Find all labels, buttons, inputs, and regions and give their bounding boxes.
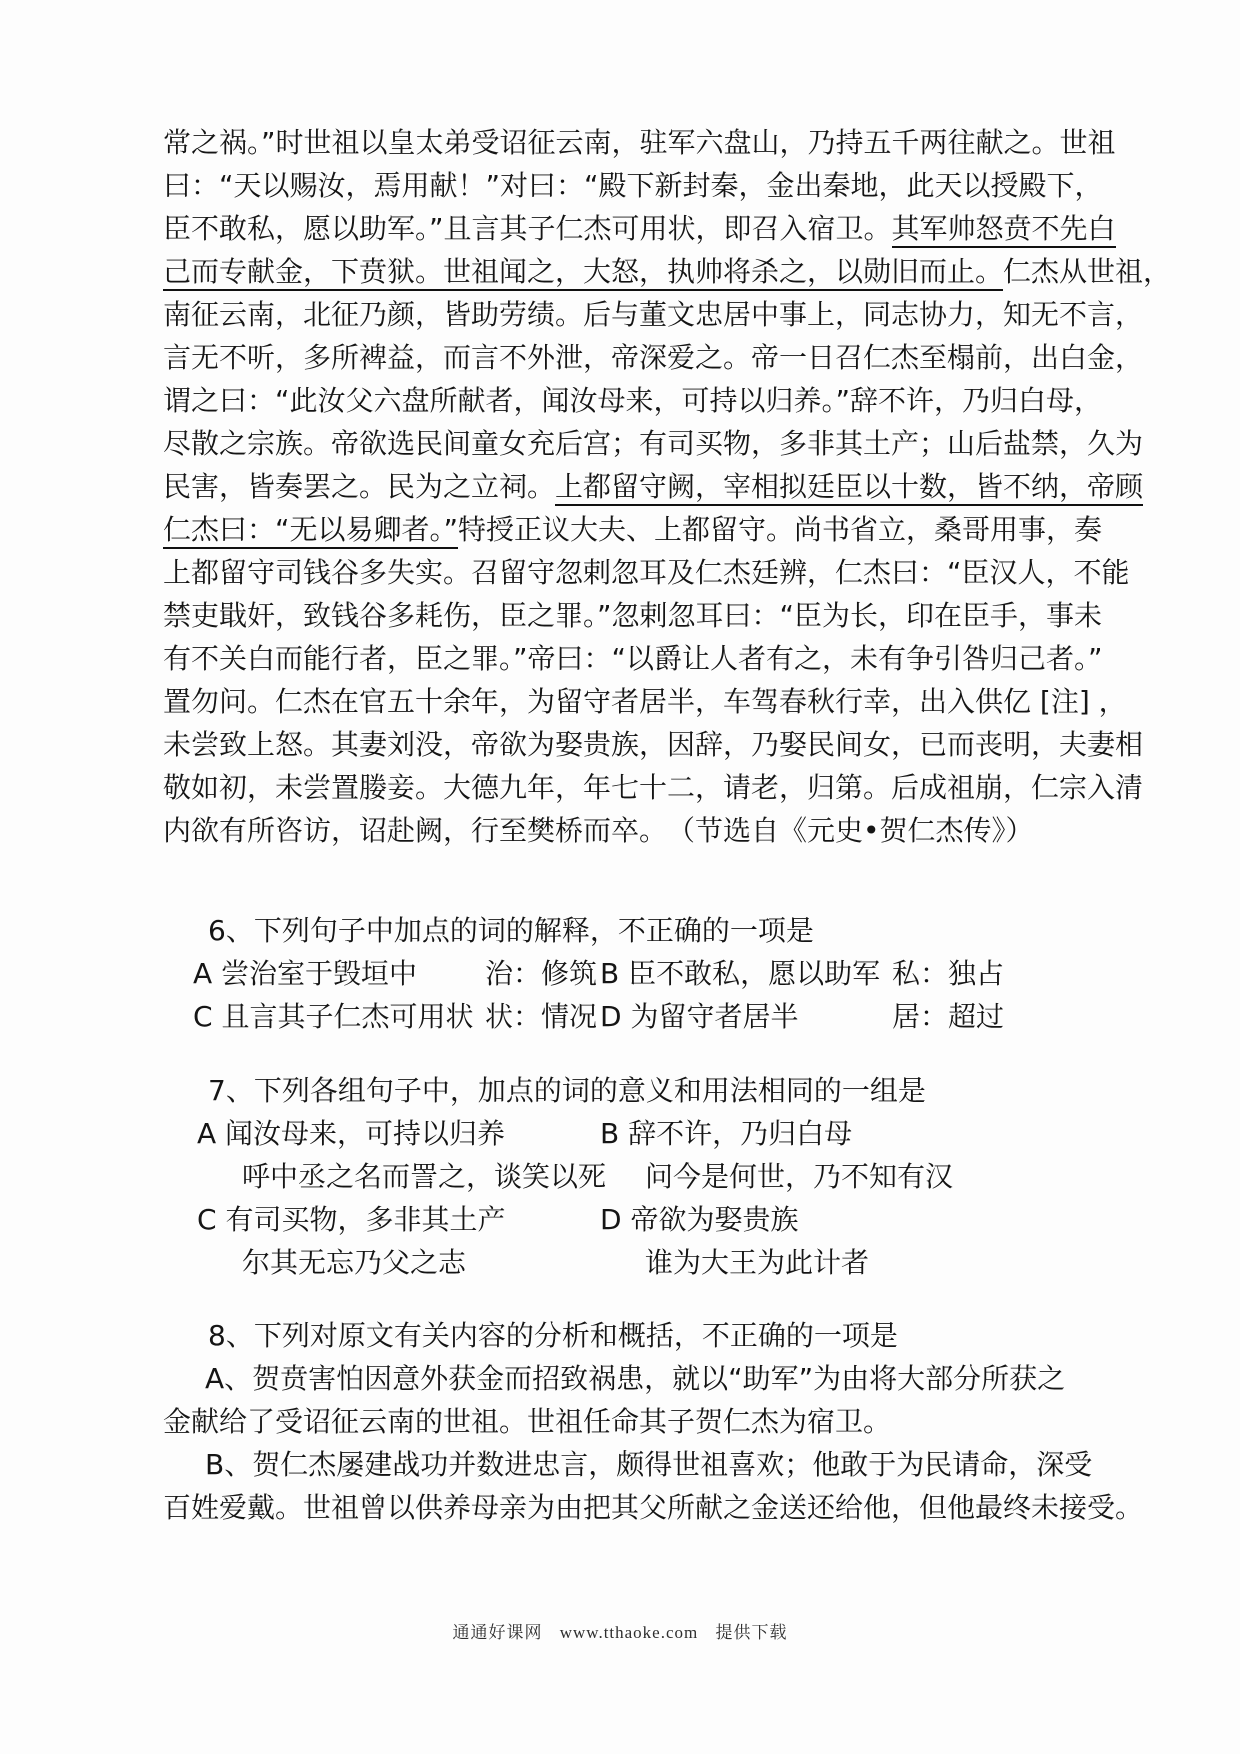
- question-7-title: 7、下列各组句子中，加点的词的意义和用法相同的一组是: [163, 1069, 1117, 1112]
- passage-line: 谓之曰：“此汝父六盘所献者，闻汝母来，可持以归养。”辞不许，乃归白母，: [163, 379, 1117, 422]
- option-gloss: 居：超过: [892, 995, 1004, 1038]
- footer-site-name: 通通好课网: [452, 1623, 542, 1642]
- question-8-title: 8、下列对原文有关内容的分析和概括，不正确的一项是: [163, 1314, 1117, 1357]
- question-8-option-A: A、贺贲害怕因意外获金而招致祸患，就以“助军”为由将大部分所获之金献给了受诏征云…: [163, 1357, 1117, 1443]
- passage-line: 常之祸。”时世祖以皇太弟受诏征云南，驻军六盘山，乃持五千两往献之。世祖: [163, 121, 1117, 164]
- question-8-option-B: B、贺仁杰屡建战功并数进忠言，颇得世祖喜欢；他敢于为民请命，深受百姓爱戴。世祖曾…: [163, 1443, 1117, 1529]
- question-7-option-B: B 辞不许，乃归白母问今是何世，乃不知有汉: [600, 1112, 953, 1198]
- question-6: 6、下列句子中加点的词的解释，不正确的一项是 A 尝治室于毁垣中治：修筑B 臣不…: [163, 909, 1117, 1038]
- passage-line: 言无不听，多所裨益，而言不外泄，帝深爱之。帝一日召仁杰至榻前，出白金，: [163, 336, 1117, 379]
- option-sentence-1: B 辞不许，乃归白母: [600, 1112, 953, 1155]
- footer-suffix: 提供下载: [716, 1623, 788, 1642]
- passage-line: 内欲有所咨访，诏赴阙，行至樊桥而卒。 （节选自《元史•贺仁杰传》）: [163, 809, 1117, 852]
- underlined-text: 上都留守阙，宰相拟廷臣以十数，皆不纳，帝顾: [555, 470, 1143, 506]
- text-segment: 民害，皆奏罢之。民为之立祠。: [163, 470, 555, 503]
- text-segment: 敬如初，未尝置媵妾。大德九年，年七十二，请老，归第。后成祖崩，仁宗入清: [163, 771, 1143, 804]
- question-6-option-A: A 尝治室于毁垣中治：修筑: [193, 952, 600, 995]
- option-sentence-2: 呼中丞之名而詈之，谈笑以死: [197, 1155, 600, 1198]
- passage-line: 上都留守司钱谷多失实。召留守忽剌忽耳及仁杰廷辨，仁杰曰：“臣汉人，不能: [163, 551, 1117, 594]
- question-7-option-C: C 有司买物，多非其土产尔其无忘乃父之志: [197, 1198, 600, 1284]
- option-sentence-1: D 帝欲为娶贵族: [600, 1198, 869, 1241]
- passage-line: 未尝致上怒。其妻刘没，帝欲为娶贵族，因辞，乃娶民间女，已而丧明，夫妻相: [163, 723, 1117, 766]
- text-segment: 特授正议大夫、上都留守。尚书省立，桑哥用事，奏: [458, 513, 1102, 546]
- page-footer: 通通好课网 www.tthaoke.com 提供下载: [0, 1618, 1240, 1643]
- question-8-options: A、贺贲害怕因意外获金而招致祸患，就以“助军”为由将大部分所获之金献给了受诏征云…: [163, 1357, 1117, 1529]
- passage-line: 南征云南，北征乃颜，皆助劳绩。后与董文忠居中事上，同志协力，知无不言，: [163, 293, 1117, 336]
- passage-line: 曰：“天以赐汝，焉用献！”对曰：“殿下新封秦，金出秦地，此天以授殿下，: [163, 164, 1117, 207]
- question-7-row: C 有司买物，多非其土产尔其无忘乃父之志D 帝欲为娶贵族谁为大王为此计者: [197, 1198, 1117, 1284]
- option-line: B、贺仁杰屡建战功并数进忠言，颇得世祖喜欢；他敢于为民请命，深受: [163, 1443, 1117, 1486]
- text-segment: 言无不听，多所裨益，而言不外泄，帝深爱之。帝一日召仁杰至榻前，出白金，: [163, 341, 1143, 374]
- passage-line: 敬如初，未尝置媵妾。大德九年，年七十二，请老，归第。后成祖崩，仁宗入清: [163, 766, 1117, 809]
- question-6-row: C 且言其子仁杰可用状状：情况D 为留守者居半居：超过: [193, 995, 1117, 1038]
- option-phrase: B 臣不敢私，愿以助军: [600, 952, 892, 995]
- underlined-text: 其军帅怒贲不先白: [892, 212, 1116, 248]
- question-7-options: A 闻汝母来，可持以归养呼中丞之名而詈之，谈笑以死B 辞不许，乃归白母问今是何世…: [163, 1112, 1117, 1284]
- underlined-text: 仁杰曰：“无以易卿者。”: [163, 513, 458, 549]
- question-7-row: A 闻汝母来，可持以归养呼中丞之名而詈之，谈笑以死B 辞不许，乃归白母问今是何世…: [197, 1112, 1117, 1198]
- text-segment: 内欲有所咨访，诏赴阙，行至樊桥而卒。 （节选自《元史•贺仁杰传》）: [163, 814, 1034, 847]
- passage-line: 民害，皆奏罢之。民为之立祠。上都留守阙，宰相拟廷臣以十数，皆不纳，帝顾: [163, 465, 1117, 508]
- question-6-row: A 尝治室于毁垣中治：修筑B 臣不敢私，愿以助军私：独占: [193, 952, 1117, 995]
- exam-page: 常之祸。”时世祖以皇太弟受诏征云南，驻军六盘山，乃持五千两往献之。世祖曰：“天以…: [0, 0, 1240, 1754]
- option-phrase: A 尝治室于毁垣中: [193, 952, 485, 995]
- option-phrase: C 且言其子仁杰可用状: [193, 995, 485, 1038]
- passage-line: 臣不敢私，愿以助军。”且言其子仁杰可用状，即召入宿卫。其军帅怒贲不先白: [163, 207, 1117, 250]
- question-6-option-C: C 且言其子仁杰可用状状：情况: [193, 995, 600, 1038]
- text-segment: 未尝致上怒。其妻刘没，帝欲为娶贵族，因辞，乃娶民间女，已而丧明，夫妻相: [163, 728, 1143, 761]
- option-gloss: 私：独占: [892, 952, 1004, 995]
- option-phrase: D 为留守者居半: [600, 995, 892, 1038]
- option-line: A、贺贲害怕因意外获金而招致祸患，就以“助军”为由将大部分所获之: [163, 1357, 1117, 1400]
- passage-line: 仁杰曰：“无以易卿者。”特授正议大夫、上都留守。尚书省立，桑哥用事，奏: [163, 508, 1117, 551]
- option-gloss: 状：情况: [485, 995, 597, 1038]
- text-segment: 尽散之宗族。帝欲选民间童女充后宫；有司买物，多非其土产；山后盐禁，久为: [163, 427, 1143, 460]
- passage-line: 置勿问。仁杰在官五十余年，为留守者居半，车驾春秋行幸，出入供亿 [注] ，: [163, 680, 1117, 723]
- option-line: 金献给了受诏征云南的世祖。世祖任命其子贺仁杰为宿卫。: [163, 1400, 1117, 1443]
- question-7: 7、下列各组句子中，加点的词的意义和用法相同的一组是 A 闻汝母来，可持以归养呼…: [163, 1069, 1117, 1284]
- option-sentence-2: 问今是何世，乃不知有汉: [600, 1155, 953, 1198]
- question-6-options: A 尝治室于毁垣中治：修筑B 臣不敢私，愿以助军私：独占C 且言其子仁杰可用状状…: [163, 952, 1117, 1038]
- text-segment: 臣不敢私，愿以助军。”且言其子仁杰可用状，即召入宿卫。: [163, 212, 892, 245]
- text-segment: 常之祸。”时世祖以皇太弟受诏征云南，驻军六盘山，乃持五千两往献之。世祖: [163, 126, 1116, 159]
- passage-line: 禁吏戢奸，致钱谷多耗伤，臣之罪。”忽剌忽耳曰：“臣为长，印在臣手，事未: [163, 594, 1117, 637]
- option-sentence-2: 尔其无忘乃父之志: [197, 1241, 600, 1284]
- passage-line: 己而专献金，下贲狱。世祖闻之，大怒，执帅将杀之，以勋旧而止。仁杰从世祖，: [163, 250, 1117, 293]
- passage-line: 有不关白而能行者，臣之罪。”帝曰：“以爵让人者有之，未有争引咎归己者。”: [163, 637, 1117, 680]
- option-line: 百姓爱戴。世祖曾以供养母亲为由把其父所献之金送还给他，但他最终未接受。: [163, 1486, 1117, 1529]
- page-content: 常之祸。”时世祖以皇太弟受诏征云南，驻军六盘山，乃持五千两往献之。世祖曰：“天以…: [163, 121, 1117, 1529]
- text-segment: 谓之曰：“此汝父六盘所献者，闻汝母来，可持以归养。”辞不许，乃归白母，: [163, 384, 1102, 417]
- text-segment: 置勿问。仁杰在官五十余年，为留守者居半，车驾春秋行幸，出入供亿 [注] ，: [163, 685, 1127, 718]
- text-segment: 上都留守司钱谷多失实。召留守忽剌忽耳及仁杰廷辨，仁杰曰：“臣汉人，不能: [163, 556, 1130, 589]
- question-7-option-A: A 闻汝母来，可持以归养呼中丞之名而詈之，谈笑以死: [197, 1112, 600, 1198]
- underlined-text: 己而专献金，下贲狱。世祖闻之，大怒，执帅将杀之，以勋旧而止。: [163, 255, 1003, 291]
- question-8: 8、下列对原文有关内容的分析和概括，不正确的一项是 A、贺贲害怕因意外获金而招致…: [163, 1314, 1117, 1529]
- question-6-title: 6、下列句子中加点的词的解释，不正确的一项是: [163, 909, 1117, 952]
- option-sentence-1: C 有司买物，多非其土产: [197, 1198, 600, 1241]
- question-6-option-B: B 臣不敢私，愿以助军私：独占: [600, 952, 1004, 995]
- passage-line: 尽散之宗族。帝欲选民间童女充后宫；有司买物，多非其土产；山后盐禁，久为: [163, 422, 1117, 465]
- text-segment: 仁杰从世祖，: [1003, 255, 1171, 288]
- question-7-option-D: D 帝欲为娶贵族谁为大王为此计者: [600, 1198, 869, 1284]
- text-segment: 禁吏戢奸，致钱谷多耗伤，臣之罪。”忽剌忽耳曰：“臣为长，印在臣手，事未: [163, 599, 1102, 632]
- option-sentence-2: 谁为大王为此计者: [600, 1241, 869, 1284]
- question-6-option-D: D 为留守者居半居：超过: [600, 995, 1004, 1038]
- passage: 常之祸。”时世祖以皇太弟受诏征云南，驻军六盘山，乃持五千两往献之。世祖曰：“天以…: [163, 121, 1117, 852]
- footer-url: www.tthaoke.com: [560, 1623, 699, 1642]
- option-sentence-1: A 闻汝母来，可持以归养: [197, 1112, 600, 1155]
- text-segment: 南征云南，北征乃颜，皆助劳绩。后与董文忠居中事上，同志协力，知无不言，: [163, 298, 1143, 331]
- text-segment: 曰：“天以赐汝，焉用献！”对曰：“殿下新封秦，金出秦地，此天以授殿下，: [163, 169, 1103, 202]
- text-segment: 有不关白而能行者，臣之罪。”帝曰：“以爵让人者有之，未有争引咎归己者。”: [163, 642, 1103, 675]
- option-gloss: 治：修筑: [485, 952, 597, 995]
